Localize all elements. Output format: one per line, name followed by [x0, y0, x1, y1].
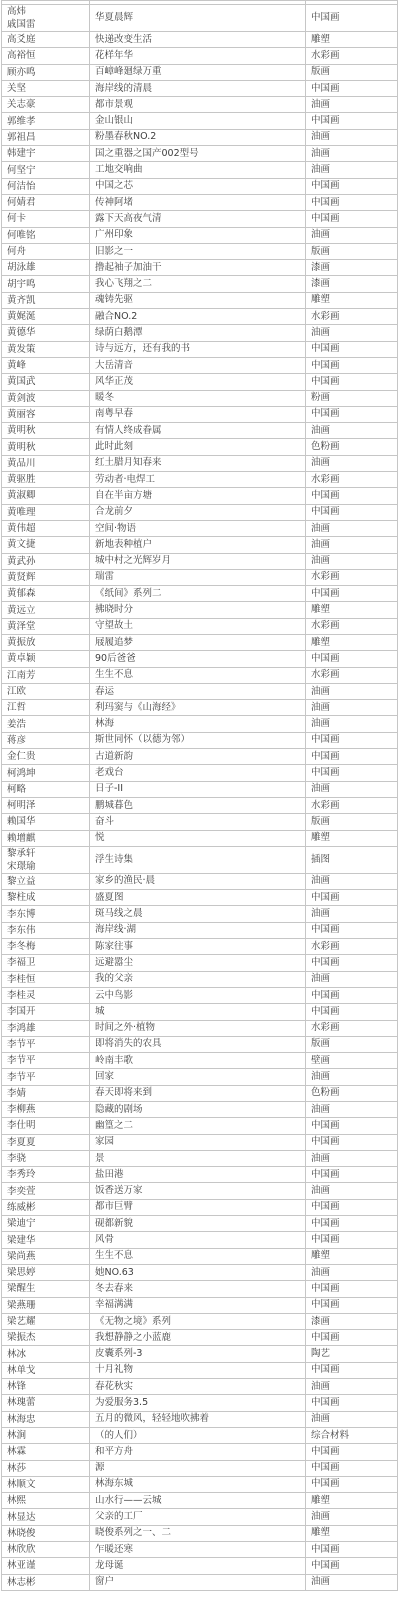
title-cell: 生生不息 [90, 1248, 306, 1264]
artist-name: 黄远立 [7, 604, 84, 617]
artist-cell: 林顺文 [2, 1476, 90, 1492]
title-cell: 景 [90, 1150, 306, 1166]
category-cell: 插图 [306, 846, 398, 873]
category-cell: 油画 [306, 781, 398, 797]
artist-name: 柯略 [7, 783, 84, 796]
category-cell: 油画 [306, 129, 398, 145]
artist-name: 林锋 [7, 1380, 84, 1393]
title-cell: 生生不息 [90, 667, 306, 683]
title-cell: 悦 [90, 830, 306, 846]
artist-name: 黄淑卿 [7, 489, 84, 502]
category-cell: 油画 [306, 1102, 398, 1118]
category-cell: 中国画 [306, 1395, 398, 1411]
title-cell: 空间·物语 [90, 520, 306, 536]
table-row: 李桂灵云中鸟影中国画 [2, 987, 398, 1003]
title-cell: 百嶂峰廻绿万重 [90, 64, 306, 80]
title-cell: 我的父亲 [90, 971, 306, 987]
category-cell: 中国画 [306, 922, 398, 938]
artist-name: 黄明秋 [7, 441, 84, 454]
table-row: 李秀玲盐田港中国画 [2, 1167, 398, 1183]
category-cell: 中国画 [306, 341, 398, 357]
title-cell: 时间之外·植物 [90, 1020, 306, 1036]
title-cell: 有情人终成眷属 [90, 423, 306, 439]
table-row: 蒋彦斯世同怀（以德为邻）中国画 [2, 732, 398, 748]
title-cell: 源 [90, 1460, 306, 1476]
category-cell: 油画 [306, 520, 398, 536]
artist-name: 何唯铭 [7, 229, 84, 242]
artwork-list-page: 高炜戚国雷华夏晨辉中国画高爻庭快递改变生活雕塑高裕恒花样年华水彩画顾亦鸣百嶂峰廻… [0, 0, 398, 1600]
title-cell: 林海东城 [90, 1476, 306, 1492]
artist-name: 林冰 [7, 1348, 84, 1361]
title-cell: 传神阿堵 [90, 194, 306, 210]
title-cell: 此时此刻 [90, 439, 306, 455]
table-row: 黄郁森《纸间》系列二中国画 [2, 586, 398, 602]
title-cell: 砚都新貌 [90, 1216, 306, 1232]
table-row: 高炜戚国雷华夏晨辉中国画 [2, 5, 398, 32]
category-cell: 水彩画 [306, 309, 398, 325]
table-row: 黄卓颖90后爸爸中国画 [2, 651, 398, 667]
category-cell: 雕塑 [306, 292, 398, 308]
artist-cell: 李东伟 [2, 922, 90, 938]
category-cell: 油画 [306, 537, 398, 553]
title-cell: 拂晓时分 [90, 602, 306, 618]
table-row: 李夏夏家园中国画 [2, 1134, 398, 1150]
artist-cell: 郭祖昌 [2, 129, 90, 145]
table-row: 梁建华风骨中国画 [2, 1232, 398, 1248]
artist-cell: 黄国武 [2, 374, 90, 390]
title-cell: 暖冬 [90, 390, 306, 406]
table-row: 梁尚燕生生不息雕塑 [2, 1248, 398, 1264]
artist-cell: 林单戈 [2, 1362, 90, 1378]
artist-name: 黄郁森 [7, 587, 84, 600]
category-cell: 油画 [306, 325, 398, 341]
artist-cell: 黄卓颖 [2, 651, 90, 667]
table-row: 黄发策诗与远方，还有我的书中国画 [2, 341, 398, 357]
category-cell: 水彩画 [306, 939, 398, 955]
category-cell: 油画 [306, 1379, 398, 1395]
artist-cell: 梁迪宁 [2, 1216, 90, 1232]
title-cell: 工地交响曲 [90, 162, 306, 178]
artist-cell: 林熙 [2, 1493, 90, 1509]
artist-name: 李节平 [7, 1054, 84, 1067]
artist-cell: 黄远立 [2, 602, 90, 618]
title-cell: 露下天高夜气清 [90, 211, 306, 227]
table-row: 高裕恒花样年华水彩画 [2, 48, 398, 64]
category-cell: 中国画 [306, 1199, 398, 1215]
title-cell: 守望故土 [90, 618, 306, 634]
category-cell: 油画 [306, 1411, 398, 1427]
artist-cell: 柯明泽 [2, 797, 90, 813]
title-cell: 春运 [90, 683, 306, 699]
category-cell: 版画 [306, 64, 398, 80]
table-row: 何唯铭广州印象油画 [2, 227, 398, 243]
artist-cell: 黄发策 [2, 341, 90, 357]
artist-cell: 李桂恒 [2, 971, 90, 987]
table-row: 梁振杰我想静静之小蓝鹿中国画 [2, 1330, 398, 1346]
category-cell: 中国画 [306, 488, 398, 504]
category-cell: 中国画 [306, 1216, 398, 1232]
category-cell: 中国画 [306, 357, 398, 373]
artist-name: 李冬梅 [7, 940, 84, 953]
category-cell: 中国画 [306, 955, 398, 971]
artist-name: 黄武孙 [7, 555, 84, 568]
category-cell: 油画 [306, 553, 398, 569]
artist-cell: 黄品川 [2, 455, 90, 471]
artist-name: 何婧君 [7, 196, 84, 209]
table-row: 黄丽容南粤早春中国画 [2, 406, 398, 422]
title-cell: 鹏城暮色 [90, 797, 306, 813]
artist-name: 郭祖昌 [7, 131, 84, 144]
title-cell: 岭南丰歌 [90, 1053, 306, 1069]
artist-name: 黄发策 [7, 343, 84, 356]
artist-name: 黄振放 [7, 636, 84, 649]
artist-name: 林海忠 [7, 1413, 84, 1426]
table-row: 柯略日子-II油画 [2, 781, 398, 797]
title-cell: 窗户 [90, 1574, 306, 1590]
artist-cell: 黎承轩宋璟瑜 [2, 846, 90, 873]
table-row: 梁燕珊幸福满满中国画 [2, 1297, 398, 1313]
title-cell: 盐田港 [90, 1167, 306, 1183]
artist-name: 梁燕珊 [7, 1299, 84, 1312]
category-cell: 中国画 [306, 113, 398, 129]
artist-cell: 黄伟超 [2, 520, 90, 536]
category-cell: 中国画 [306, 1542, 398, 1558]
artist-name: 梁思婷 [7, 1266, 84, 1279]
table-row: 柯鸿坤老戏台中国画 [2, 765, 398, 781]
table-row: 梁迪宁砚都新貌中国画 [2, 1216, 398, 1232]
title-cell: 融合NO.2 [90, 309, 306, 325]
artist-name: 胡宇鸣 [7, 278, 84, 291]
artist-cell: 柯略 [2, 781, 90, 797]
artist-cell: 梁艺耀 [2, 1313, 90, 1329]
artist-cell: 林欣欣 [2, 1542, 90, 1558]
table-row: 何洁怡中国之芯中国画 [2, 178, 398, 194]
category-cell: 油画 [306, 873, 398, 889]
artist-name: 李秀玲 [7, 1168, 84, 1181]
category-cell: 水彩画 [306, 667, 398, 683]
artist-name: 梁艺耀 [7, 1315, 84, 1328]
title-cell: 瑞雷 [90, 569, 306, 585]
artist-name: 李奕萱 [7, 1185, 84, 1198]
artist-name: 黄德华 [7, 326, 84, 339]
category-cell: 油画 [306, 455, 398, 471]
table-row: 梁艺耀《无物之境》系列漆画 [2, 1313, 398, 1329]
artist-cell: 高炜戚国雷 [2, 5, 90, 32]
artist-cell: 黄丽容 [2, 406, 90, 422]
title-cell: 花样年华 [90, 48, 306, 64]
artist-name: 林莎 [7, 1462, 84, 1475]
artist-name: 林熙 [7, 1494, 84, 1507]
artist-cell: 黄泽堂 [2, 618, 90, 634]
artist-cell: 黄振放 [2, 634, 90, 650]
table-row: 练威彬都市巨臂中国画 [2, 1199, 398, 1215]
title-cell: 国之重器之国产002型号 [90, 146, 306, 162]
title-cell: 盛夏图 [90, 890, 306, 906]
title-cell: 大岳清音 [90, 357, 306, 373]
artist-name: 梁振杰 [7, 1331, 84, 1344]
artist-name: 黄伟超 [7, 522, 84, 535]
artist-name: 韩建宇 [7, 147, 84, 160]
artist-cell: 林瑰蕾 [2, 1395, 90, 1411]
category-cell: 雕塑 [306, 1248, 398, 1264]
table-row: 李节平岭南丰歌壁画 [2, 1053, 398, 1069]
title-cell: 家园 [90, 1134, 306, 1150]
category-cell: 中国画 [306, 1134, 398, 1150]
artist-name: 梁尚燕 [7, 1250, 84, 1263]
title-cell: 老戏台 [90, 765, 306, 781]
artist-name: 林涧 [7, 1429, 84, 1442]
artist-cell: 黄德华 [2, 325, 90, 341]
artist-cell: 梁振杰 [2, 1330, 90, 1346]
table-row: 黄明秋有情人终成眷属油画 [2, 423, 398, 439]
table-row: 郭祖昌粉墨春秋NO.2油画 [2, 129, 398, 145]
table-row: 何婧君传神阿堵中国画 [2, 194, 398, 210]
category-cell: 油画 [306, 423, 398, 439]
table-row: 梁醒生冬去春来中国画 [2, 1281, 398, 1297]
artist-name: 林亚谨 [7, 1559, 84, 1572]
table-row: 黄武孙城中村之光辉岁月油画 [2, 553, 398, 569]
category-cell: 水彩画 [306, 797, 398, 813]
table-row: 林顺文林海东城中国画 [2, 1476, 398, 1492]
title-cell: 粉墨春秋NO.2 [90, 129, 306, 145]
title-cell: 旧影之一 [90, 243, 306, 259]
title-cell: 隐藏的剧场 [90, 1102, 306, 1118]
title-cell: 城 [90, 1004, 306, 1020]
artist-name: 林志彬 [7, 1576, 84, 1589]
category-cell: 油画 [306, 683, 398, 699]
category-cell: 油画 [306, 906, 398, 922]
table-row: 李仕明幽篁之二中国画 [2, 1118, 398, 1134]
table-row: 林冰皮囊系列-3陶艺 [2, 1346, 398, 1362]
artist-name: 林瑰蕾 [7, 1396, 84, 1409]
title-cell: 父亲的工厂 [90, 1509, 306, 1525]
artist-cell: 李国开 [2, 1004, 90, 1020]
table-row: 梁思婷她NO.63油画 [2, 1264, 398, 1280]
artist-cell: 黄贤辉 [2, 569, 90, 585]
artist-cell: 梁尚燕 [2, 1248, 90, 1264]
title-cell: 都市巨臂 [90, 1199, 306, 1215]
category-cell: 中国画 [306, 651, 398, 667]
category-cell: 陶艺 [306, 1346, 398, 1362]
category-cell: 雕塑 [306, 1493, 398, 1509]
artist-name: 李仕明 [7, 1119, 84, 1132]
artist-name: 李东伟 [7, 924, 84, 937]
artist-name: 李节平 [7, 1038, 84, 1051]
title-cell: 海岸线·湖 [90, 922, 306, 938]
artist-cell: 关坚 [2, 80, 90, 96]
table-row: 黄贤辉瑞雷水彩画 [2, 569, 398, 585]
title-cell: 《纸间》系列二 [90, 586, 306, 602]
artist-name: 金仁贵 [7, 750, 84, 763]
artist-name: 梁醒生 [7, 1282, 84, 1295]
category-cell: 中国画 [306, 374, 398, 390]
artist-cell: 林亚谨 [2, 1558, 90, 1574]
title-cell: 《无物之境》系列 [90, 1313, 306, 1329]
artist-cell: 关志豪 [2, 97, 90, 113]
category-cell: 中国画 [306, 504, 398, 520]
artist-cell: 李东博 [2, 906, 90, 922]
artist-cell: 李福卫 [2, 955, 90, 971]
title-cell: 合龙前夕 [90, 504, 306, 520]
title-cell: 奋斗 [90, 814, 306, 830]
table-row: 李桂恒我的父亲油画 [2, 971, 398, 987]
title-cell: 新地表种植户 [90, 537, 306, 553]
title-cell: 快递改变生活 [90, 32, 306, 48]
table-row: 林莎源中国画 [2, 1460, 398, 1476]
category-cell: 油画 [306, 971, 398, 987]
title-cell: 幸福满满 [90, 1297, 306, 1313]
category-cell: 雕塑 [306, 634, 398, 650]
title-cell: 中国之芯 [90, 178, 306, 194]
category-cell: 版画 [306, 1036, 398, 1052]
artist-name: 何舟 [7, 245, 84, 258]
artist-cell: 顾亦鸣 [2, 64, 90, 80]
table-row: 李鸿雄时间之外·植物水彩画 [2, 1020, 398, 1036]
artist-cell: 黄郁森 [2, 586, 90, 602]
table-row: 黎承轩宋璟瑜浮生诗集插图 [2, 846, 398, 873]
category-cell: 漆画 [306, 1313, 398, 1329]
title-cell: 华夏晨辉 [90, 5, 306, 32]
artist-cell: 赖增麒 [2, 830, 90, 846]
category-cell: 油画 [306, 162, 398, 178]
artist-name: 李节平 [7, 1071, 84, 1084]
table-row: 黄淑卿自在半亩方塘中国画 [2, 488, 398, 504]
artist-cell: 林海忠 [2, 1411, 90, 1427]
artist-name: 黄贤辉 [7, 571, 84, 584]
artwork-table: 高炜戚国雷华夏晨辉中国画高爻庭快递改变生活雕塑高裕恒花样年华水彩画顾亦鸣百嶂峰廻… [1, 0, 398, 1591]
artist-name: 李桂恒 [7, 973, 84, 986]
artist-cell: 高爻庭 [2, 32, 90, 48]
artist-name: 何坚宁 [7, 164, 84, 177]
artist-name: 李柳燕 [7, 1103, 84, 1116]
category-cell: 水彩画 [306, 569, 398, 585]
table-row: 李骁景油画 [2, 1150, 398, 1166]
category-cell: 壁画 [306, 1053, 398, 1069]
artist-cell: 林霖 [2, 1444, 90, 1460]
table-row: 李节平即将消失的农具版画 [2, 1036, 398, 1052]
artist-name: 林顺文 [7, 1478, 84, 1491]
category-cell: 中国画 [306, 732, 398, 748]
table-row: 李柳燕隐藏的剧场油画 [2, 1102, 398, 1118]
table-row: 黄齐凯魂铸先驱雕塑 [2, 292, 398, 308]
category-cell: 油画 [306, 1069, 398, 1085]
category-cell: 油画 [306, 1264, 398, 1280]
table-row: 林志彬窗户油画 [2, 1574, 398, 1590]
artist-name: 郭维孝 [7, 115, 84, 128]
artist-name: 江欧 [7, 685, 84, 698]
artist-name: 林单戈 [7, 1364, 84, 1377]
title-cell: 浮生诗集 [90, 846, 306, 873]
artist-name: 梁迪宁 [7, 1217, 84, 1230]
artist-cell: 李桂灵 [2, 987, 90, 1003]
title-cell: 斑马线之晨 [90, 906, 306, 922]
title-cell: （的人们） [90, 1427, 306, 1443]
artist-cell: 黄淑卿 [2, 488, 90, 504]
artist-name: 高裕恒 [7, 49, 84, 62]
artist-cell: 李夏夏 [2, 1134, 90, 1150]
category-cell: 中国画 [306, 406, 398, 422]
category-cell: 中国画 [306, 1330, 398, 1346]
table-row: 金仁贵古道新韵中国画 [2, 749, 398, 765]
artist-cell: 梁燕珊 [2, 1297, 90, 1313]
table-row: 林晓俊晓俊系列之一、二雕塑 [2, 1525, 398, 1541]
category-cell: 水彩画 [306, 472, 398, 488]
artist-name: 黄品川 [7, 457, 84, 470]
table-row: 黄剑波暖冬粉画 [2, 390, 398, 406]
table-row: 李福卫远避嚣尘中国画 [2, 955, 398, 971]
table-row: 林海忠五月的微风，轻轻地吹拂着油画 [2, 1411, 398, 1427]
category-cell: 中国画 [306, 5, 398, 32]
table-row: 林霖和平方舟中国画 [2, 1444, 398, 1460]
category-cell: 油画 [306, 1509, 398, 1525]
artist-name: 赖增麒 [7, 832, 84, 845]
artist-cell: 何婧君 [2, 194, 90, 210]
artist-cell: 江欧 [2, 683, 90, 699]
title-cell: 即将消失的农具 [90, 1036, 306, 1052]
artist-cell: 高裕恒 [2, 48, 90, 64]
artist-name: 黄国武 [7, 375, 84, 388]
table-row: 黄德华绿荫白鹅潭油画 [2, 325, 398, 341]
title-cell: 十月礼物 [90, 1362, 306, 1378]
artist-cell: 胡宇鸣 [2, 276, 90, 292]
title-cell: 魂铸先驱 [90, 292, 306, 308]
table-row: 李奕萱饭香送万家油画 [2, 1183, 398, 1199]
title-cell: 她NO.63 [90, 1264, 306, 1280]
artist-name: 李婧 [7, 1087, 84, 1100]
category-cell: 中国画 [306, 1460, 398, 1476]
title-cell: 城中村之光辉岁月 [90, 553, 306, 569]
title-cell: 远避嚣尘 [90, 955, 306, 971]
artist-name: 黄娓涎 [7, 310, 84, 323]
artist-name: 林显达 [7, 1511, 84, 1524]
table-row: 林单戈十月礼物中国画 [2, 1362, 398, 1378]
title-cell: 撸起袖子加油干 [90, 260, 306, 276]
category-cell: 中国画 [306, 987, 398, 1003]
title-cell: 皮囊系列-3 [90, 1346, 306, 1362]
artist-name: 练威彬 [7, 1201, 84, 1214]
artist-cell: 何卡 [2, 211, 90, 227]
artist-cell: 李奕萱 [2, 1183, 90, 1199]
category-cell: 雕塑 [306, 602, 398, 618]
category-cell: 综合材料 [306, 1427, 398, 1443]
category-cell: 中国画 [306, 749, 398, 765]
category-cell: 中国画 [306, 1297, 398, 1313]
artist-cell: 练威彬 [2, 1199, 90, 1215]
table-row: 黄文捷新地表种植户油画 [2, 537, 398, 553]
category-cell: 中国画 [306, 1558, 398, 1574]
title-cell: 劳动者·电焊工 [90, 472, 306, 488]
artist-cell: 黄驱胜 [2, 472, 90, 488]
category-cell: 中国画 [306, 178, 398, 194]
artist-cell: 何洁怡 [2, 178, 90, 194]
title-cell: 绿荫白鹅潭 [90, 325, 306, 341]
category-cell: 中国画 [306, 1167, 398, 1183]
title-cell: 诗与远方，还有我的书 [90, 341, 306, 357]
table-row: 关志豪都市景观油画 [2, 97, 398, 113]
artist-cell: 柯鸿坤 [2, 765, 90, 781]
title-cell: 和平方舟 [90, 1444, 306, 1460]
artist-name: 李国开 [7, 1005, 84, 1018]
artist-cell: 何坚宁 [2, 162, 90, 178]
table-row: 姜浩林海油画 [2, 716, 398, 732]
category-cell: 中国画 [306, 1476, 398, 1492]
title-cell: 五月的微风，轻轻地吹拂着 [90, 1411, 306, 1427]
category-cell: 中国画 [306, 1232, 398, 1248]
artist-cell: 胡泳雄 [2, 260, 90, 276]
artist-cell: 李节平 [2, 1053, 90, 1069]
artist-cell: 梁建华 [2, 1232, 90, 1248]
artist-name: 何卡 [7, 212, 84, 225]
